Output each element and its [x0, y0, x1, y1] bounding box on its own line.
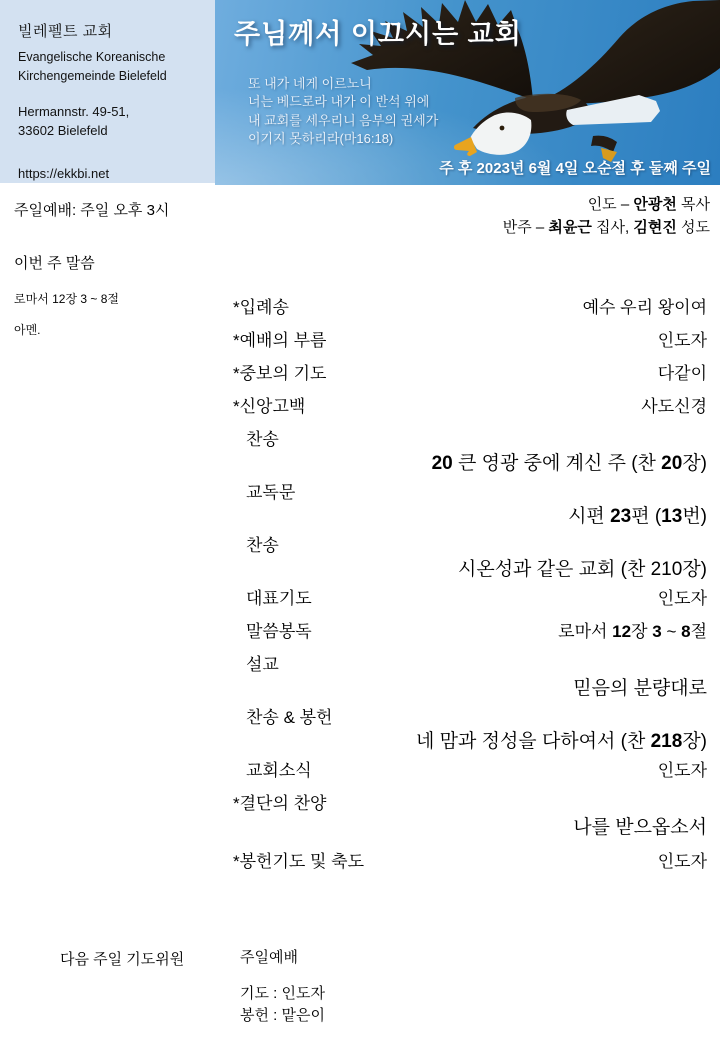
order-row-line: *신앙고백 사도신경 [233, 395, 707, 418]
order-of-worship: *입례송 예수 우리 왕이여 예수 우리 왕이여 *예배의 부름 인도자 인도자… [233, 296, 707, 883]
order-row: 대표기도 인도자 인도자 [233, 587, 707, 610]
church-name-german-line2: Kirchengemeinde Bielefeld [18, 67, 205, 86]
order-item-value: 인도자 [658, 587, 707, 610]
church-name-german-line1: Evangelische Koreanische [18, 48, 205, 67]
weekly-word-heading: 이번 주 말씀 [14, 252, 228, 273]
order-item-label: *결단의 찬양 [233, 792, 326, 815]
church-website: https://ekkbi.net [18, 166, 205, 181]
order-row-line: *입례송 예수 우리 왕이여 [233, 296, 707, 319]
order-item-label: 대표기도 [233, 587, 312, 610]
order-item-value: 나를 받으옵소서 [233, 815, 707, 840]
order-item-value: 인도자 [658, 759, 707, 782]
order-row-line: 찬송 시온성과 같은 교회 (찬 210장) [233, 534, 707, 557]
order-row: 찬송 20 큰 영광 중에 계신 주 (찬 20장) 20 큰 영광 중에 계신… [233, 428, 707, 476]
order-item-label: 찬송 & 봉헌 [233, 706, 332, 729]
footer-next-week-heading: 다음 주일 기도위원 [60, 948, 184, 969]
order-item-label: 찬송 [233, 428, 279, 451]
order-item-value: 믿음의 분량대로 [233, 676, 707, 701]
order-row-line: 찬송 & 봉헌 네 맘과 정성을 다하여서 (찬 218장) [233, 706, 707, 729]
leader-name: 안광천 [633, 196, 676, 213]
order-item-value: 예수 우리 왕이여 [583, 296, 707, 319]
order-row: *중보의 기도 다같이 다같이 [233, 362, 707, 385]
leader-title: 목사 [681, 196, 710, 213]
church-name-german: Evangelische Koreanische Kirchengemeinde… [18, 48, 205, 86]
order-row-line: 말씀봉독 로마서 12장 3 ~ 8절 [233, 620, 707, 643]
accompanist-title2: 성도 [681, 219, 710, 236]
order-row-line: 대표기도 인도자 [233, 587, 707, 610]
weekly-word-section: 이번 주 말씀 로마서 12장 3 ~ 8절 아멘. [14, 252, 228, 338]
order-item-value: 인도자 [658, 329, 707, 352]
order-row: *입례송 예수 우리 왕이여 예수 우리 왕이여 [233, 296, 707, 319]
banner-verse-line: 이기지 못하리라(마16:18) [248, 130, 438, 148]
order-item-label: 교독문 [233, 481, 295, 504]
order-row: 설교 믿음의 분량대로 믿음의 분량대로 [233, 653, 707, 701]
order-row-line: 찬송 20 큰 영광 중에 계신 주 (찬 20장) [233, 428, 707, 451]
scripture-closing: 아멘. [14, 321, 228, 338]
header-banner: 주님께서 이끄시는 교회 또 내가 네게 이르노니 너는 베드로라 내가 이 반… [215, 0, 720, 185]
banner-verse-line: 내 교회를 세우리니 음부의 권세가 [248, 112, 438, 130]
leader-line: 인도 – 안광천 목사 [503, 194, 710, 217]
order-row-line: 교회소식 인도자 [233, 759, 707, 782]
church-address-line2: 33602 Bielefeld [18, 121, 205, 141]
order-row-line: *중보의 기도 다같이 [233, 362, 707, 385]
footer-offering-line: 봉헌 : 맡은이 [240, 1005, 325, 1027]
accompanist-name2: 김현진 [633, 219, 676, 236]
order-row-line: 설교 믿음의 분량대로 [233, 653, 707, 676]
church-address-line1: Hermannstr. 49-51, [18, 102, 205, 122]
banner-verse: 또 내가 네게 이르노니 너는 베드로라 내가 이 반석 위에 내 교회를 세우… [248, 75, 438, 149]
church-address: Hermannstr. 49-51, 33602 Bielefeld [18, 102, 205, 141]
order-item-label: *중보의 기도 [233, 362, 326, 385]
order-item-value: 인도자 [658, 850, 707, 873]
order-row: 찬송 시온성과 같은 교회 (찬 210장) 시온성과 같은 교회 (찬 210… [233, 534, 707, 582]
service-leaders: 인도 – 안광천 목사 반주 – 최윤근 집사, 김현진 성도 [503, 194, 710, 239]
order-item-label: *입례송 [233, 296, 289, 319]
order-row: 교회소식 인도자 인도자 [233, 759, 707, 782]
order-item-label: 말씀봉독 [233, 620, 312, 643]
order-item-label: 찬송 [233, 534, 279, 557]
banner-verse-line: 또 내가 네게 이르노니 [248, 75, 438, 93]
order-item-value: 로마서 12장 3 ~ 8절 [558, 620, 707, 643]
banner-verse-line: 너는 베드로라 내가 이 반석 위에 [248, 93, 438, 111]
order-item-value: 다같이 [658, 362, 707, 385]
order-row: *예배의 부름 인도자 인도자 [233, 329, 707, 352]
order-item-label: *예배의 부름 [233, 329, 326, 352]
accompanist-role: 반주 – [503, 219, 545, 236]
order-item-label: 설교 [233, 653, 279, 676]
footer-duties: 기도 : 인도자 봉헌 : 맡은이 [240, 983, 325, 1027]
footer-prayer-line: 기도 : 인도자 [240, 983, 325, 1005]
order-item-value: 시편 23편 (13번) [233, 504, 707, 529]
footer-service-label: 주일예배 [240, 946, 298, 967]
church-card: 빌레펠트 교회 Evangelische Koreanische Kirchen… [0, 0, 215, 183]
order-item-label: 교회소식 [233, 759, 312, 782]
order-item-label: *봉헌기도 및 축도 [233, 850, 364, 873]
banner-date: 주 후 2023년 6월 4일 오순절 후 둘째 주일 [439, 157, 711, 178]
order-row-line: *봉헌기도 및 축도 인도자 [233, 850, 707, 873]
leader-role: 인도 – [588, 196, 630, 213]
bulletin-page: 빌레펠트 교회 Evangelische Koreanische Kirchen… [0, 0, 720, 1040]
order-row: *봉헌기도 및 축도 인도자 인도자 [233, 850, 707, 873]
accompanist-line: 반주 – 최윤근 집사, 김현진 성도 [503, 217, 710, 240]
order-item-value: 네 맘과 정성을 다하여서 (찬 218장) [233, 729, 707, 754]
order-row-line: *결단의 찬양 나를 받으옵소서 [233, 792, 707, 815]
order-item-value: 사도신경 [641, 395, 707, 418]
service-time: 주일예배: 주일 오후 3시 [14, 199, 169, 220]
order-row-line: *예배의 부름 인도자 [233, 329, 707, 352]
order-row-line: 교독문 시편 23편 (13번) [233, 481, 707, 504]
church-name: 빌레펠트 교회 [18, 20, 205, 41]
order-row: *신앙고백 사도신경 사도신경 [233, 395, 707, 418]
scripture-reference: 로마서 12장 3 ~ 8절 [14, 290, 228, 307]
order-item-value: 시온성과 같은 교회 (찬 210장) [233, 557, 707, 582]
order-row: 말씀봉독 로마서 12장 3 ~ 8절 로마서 12장 3 ~ 8절 [233, 620, 707, 643]
banner-title: 주님께서 이끄시는 교회 [234, 12, 522, 51]
order-item-label: *신앙고백 [233, 395, 305, 418]
order-row: 교독문 시편 23편 (13번) 시편 23편 (13번) [233, 481, 707, 529]
order-item-value: 20 큰 영광 중에 계신 주 (찬 20장) [233, 451, 707, 476]
accompanist-name1: 최윤근 [548, 219, 591, 236]
accompanist-title1: 집사, [596, 219, 629, 236]
order-row: 찬송 & 봉헌 네 맘과 정성을 다하여서 (찬 218장) 네 맘과 정성을 … [233, 706, 707, 754]
order-row: *결단의 찬양 나를 받으옵소서 나를 받으옵소서 [233, 792, 707, 840]
